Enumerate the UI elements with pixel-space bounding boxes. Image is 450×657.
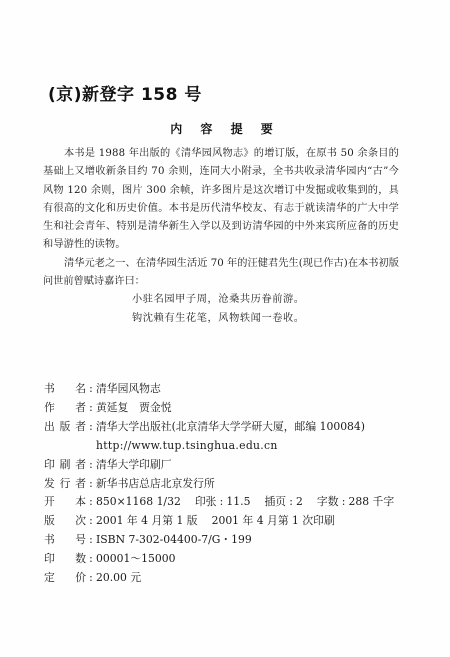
- colon: :: [86, 550, 96, 569]
- summary-paragraph-1: 本书是 1988 年出版的《清华园风物志》的增订版，在原书 50 余条目的基础上…: [43, 145, 399, 255]
- summary-paragraph-2: 清华元老之一、在清华园生活近 70 年的汪健君先生(现已作古)在本书初版问世前曾…: [43, 255, 399, 292]
- distributor: 新华书店总店北京发行所: [96, 475, 215, 494]
- colon: :: [86, 418, 96, 437]
- colon: :: [339, 493, 349, 512]
- registration-number: (京)新登字 158 号: [48, 80, 202, 105]
- printer-label: 印刷者: [44, 456, 86, 475]
- title-label: 书名: [44, 380, 86, 399]
- colon: :: [86, 531, 96, 550]
- poem-line-2: 钩沈赖有生花笔，风物轶闻一卷收。: [132, 310, 399, 328]
- colophon-author-row: 作者:黄延复 贾金悦: [44, 399, 424, 418]
- colophon-price-row: 定价:20.00 元: [44, 569, 424, 588]
- colophon-title-row: 书名:清华园风物志: [44, 380, 424, 399]
- distributor-label: 发行者: [44, 475, 86, 494]
- words-value: 288 千字: [349, 493, 395, 512]
- colon: :: [286, 493, 296, 512]
- print-run-value: 00001～15000: [96, 550, 176, 569]
- colon: :: [86, 569, 96, 588]
- colophon-distributor-row: 发行者:新华书店总店北京发行所: [44, 475, 424, 494]
- publisher: 清华大学出版社(北京清华大学学研大厦，邮编 100084): [96, 418, 365, 437]
- price-value: 20.00 元: [96, 569, 141, 588]
- publisher-url: http://www.tup.tsinghua.edu.cn: [96, 437, 278, 456]
- colophon-url-row: http://www.tup.tsinghua.edu.cn: [44, 437, 424, 456]
- colon: :: [86, 512, 96, 531]
- poem: 小驻名园甲子周，沧桑共历眷前游。 钩沈赖有生花笔，风物轶闻一卷收。: [132, 291, 399, 328]
- sheets-value: 11.5: [226, 493, 250, 512]
- isbn-label: 书号: [44, 531, 86, 550]
- publisher-label: 出版者: [44, 418, 86, 437]
- colophon-print-run-row: 印数:00001～15000: [44, 550, 424, 569]
- colon: :: [86, 456, 96, 475]
- colophon: 书名:清华园风物志 作者:黄延复 贾金悦 出版者:清华大学出版社(北京清华大学学…: [44, 380, 424, 588]
- colophon-edition-row: 版次: 2001 年 4 月第 1 版 2001 年 4 月第 1 次印刷: [44, 512, 424, 531]
- colon: :: [86, 380, 96, 399]
- colon: :: [216, 493, 226, 512]
- colon: :: [86, 493, 96, 512]
- print-run-label: 印数: [44, 550, 86, 569]
- summary-title: 内 容 提 要: [0, 120, 450, 137]
- colophon-publisher-row: 出版者:清华大学出版社(北京清华大学学研大厦，邮编 100084): [44, 418, 424, 437]
- printing-value: 2001 年 4 月第 1 次印刷: [212, 512, 335, 531]
- colon: :: [86, 399, 96, 418]
- colophon-format-row: 开本: 850×1168 1/32 印张:11.5 插页:2 字数:288 千字: [44, 493, 424, 512]
- edition-label: 版次: [44, 512, 86, 531]
- printer: 清华大学印刷厂: [96, 456, 172, 475]
- sheets-label: 印张: [195, 493, 217, 512]
- book-title: 清华园风物志: [96, 380, 161, 399]
- colophon-printer-row: 印刷者:清华大学印刷厂: [44, 456, 424, 475]
- plates-label: 插页: [264, 493, 286, 512]
- poem-line-1: 小驻名园甲子周，沧桑共历眷前游。: [132, 291, 399, 309]
- isbn-value: ISBN 7-302-04400-7/G・199: [96, 531, 252, 550]
- price-label: 定价: [44, 569, 86, 588]
- authors: 黄延复 贾金悦: [96, 399, 172, 418]
- summary-section: 本书是 1988 年出版的《清华园风物志》的增订版，在原书 50 余条目的基础上…: [43, 145, 399, 328]
- colophon-isbn-row: 书号:ISBN 7-302-04400-7/G・199: [44, 531, 424, 550]
- format-value: 850×1168 1/32: [96, 493, 181, 512]
- copyright-page: (京)新登字 158 号 内 容 提 要 本书是 1988 年出版的《清华园风物…: [0, 0, 450, 657]
- words-label: 字数: [317, 493, 339, 512]
- colon: :: [86, 475, 96, 494]
- format-label: 开本: [44, 493, 86, 512]
- plates-value: 2: [296, 493, 303, 512]
- edition-value: 2001 年 4 月第 1 版: [96, 512, 198, 531]
- author-label: 作者: [44, 399, 86, 418]
